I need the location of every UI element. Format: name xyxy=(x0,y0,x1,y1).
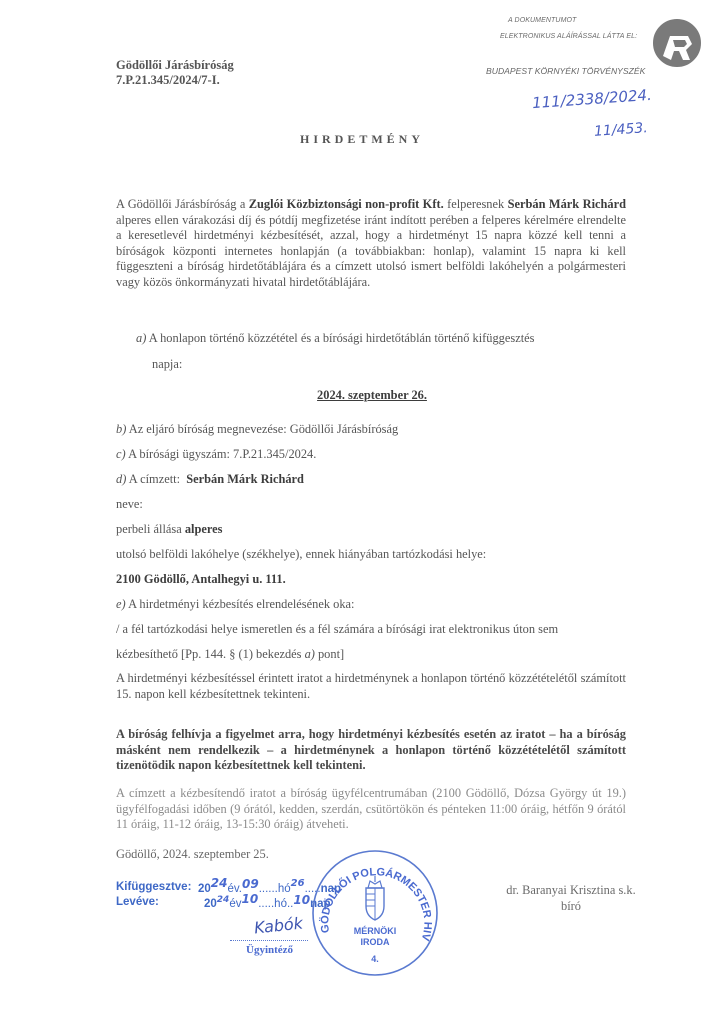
posted-year: 24 xyxy=(211,876,228,890)
removed-month: 10 xyxy=(241,892,258,906)
recipient-neve: neve: xyxy=(116,497,143,512)
delivery-note: A hirdetményi kézbesítéssel érintett ira… xyxy=(116,671,626,702)
coat-of-arms-icon xyxy=(366,876,384,920)
intro-text: felperesnek xyxy=(444,197,508,211)
clerk-signature: Kabók xyxy=(253,913,304,937)
year-prefix: 20 xyxy=(198,883,211,895)
recipient-label: A címzett: xyxy=(129,472,180,486)
item-letter: d) xyxy=(116,472,126,486)
defendant-name: Serbán Márk Richárd xyxy=(508,197,626,211)
item-letter: b) xyxy=(116,422,126,436)
svg-text:IRODA: IRODA xyxy=(361,937,391,947)
status-label: perbeli állása xyxy=(116,522,185,536)
svg-text:4.: 4. xyxy=(371,954,379,964)
item-a-text: A honlapon történő közzététel és a bírós… xyxy=(149,331,535,345)
warning-paragraph: A bíróság felhívja a figyelmet arra, hog… xyxy=(116,727,626,774)
reason-point: a) xyxy=(305,647,315,661)
pickup-note: A címzett a kézbesítendő iratot a bírósá… xyxy=(116,786,626,833)
reason-text: pont] xyxy=(315,647,344,661)
intro-text: A Gödöllői Járásbíróság a xyxy=(116,197,249,211)
esign-line2: ELEKTRONIKUS ALÁÍRÁSSAL LÁTTA EL: xyxy=(500,33,637,40)
judge-title: bíró xyxy=(496,898,646,914)
address-label: utolsó belföldi lakóhelye (székhelye), e… xyxy=(116,547,486,562)
judge-name: dr. Baranyai Krisztina s.k. xyxy=(496,882,646,898)
handwritten-ref-1: 111/2338/2024. xyxy=(532,86,653,112)
stamp-ring-icon: GÖDÖLLŐI POLGÁRMESTER HIVATAL MÉRNÖKI IR… xyxy=(308,846,442,980)
document-title: HIRDETMÉNY xyxy=(0,132,724,147)
item-a-napja: napja: xyxy=(152,357,182,372)
court-name: Gödöllői Járásbíróság xyxy=(116,58,234,73)
ev-label: év xyxy=(229,898,241,910)
intro-paragraph: A Gödöllői Járásbíróság a Zuglói Közbizt… xyxy=(116,197,626,291)
reason-line1: / a fél tartózkodási helye ismeretlen és… xyxy=(116,622,626,638)
ho-label: hó xyxy=(278,883,291,895)
reason-line2: kézbesíthető [Pp. 144. § (1) bekezdés a)… xyxy=(116,647,344,662)
ev-label: év xyxy=(228,883,239,895)
item-c: c) A bírósági ügyszám: 7.P.21.345/2024. xyxy=(116,447,316,462)
reason-text: kézbesíthető [Pp. 144. § (1) bekezdés xyxy=(116,647,305,661)
item-d: d) A címzett: Serbán Márk Richárd xyxy=(116,472,304,487)
item-e-text: A hirdetményi kézbesítés elrendelésének … xyxy=(128,597,354,611)
recipient-name: Serbán Márk Richárd xyxy=(186,472,304,486)
item-b-text: Az eljáró bíróság megnevezése: Gödöllői … xyxy=(129,422,398,436)
removed-label: Levéve: xyxy=(116,896,159,908)
svg-text:MÉRNÖKI: MÉRNÖKI xyxy=(354,926,397,936)
ho-label: hó xyxy=(274,898,287,910)
item-c-text: A bírósági ügyszám: 7.P.21.345/2024. xyxy=(128,447,316,461)
court-logo-icon xyxy=(650,16,704,70)
year-prefix: 20 xyxy=(204,898,217,910)
item-b: b) Az eljáró bíróság megnevezése: Gödöll… xyxy=(116,422,398,437)
place-date: Gödöllő, 2024. szeptember 25. xyxy=(116,847,269,862)
esign-line1: A DOKUMENTUMOT xyxy=(508,17,576,24)
status-value: alperes xyxy=(185,522,223,536)
removed-year: 24 xyxy=(217,895,230,905)
judge-signature: dr. Baranyai Krisztina s.k. bíró xyxy=(496,882,646,914)
municipal-stamp: GÖDÖLLŐI POLGÁRMESTER HIVATAL MÉRNÖKI IR… xyxy=(308,846,442,980)
clerk-label: Ügyintéző xyxy=(246,944,293,956)
esign-court: BUDAPEST KÖRNYÉKI TÖRVÉNYSZÉK xyxy=(486,66,645,76)
posted-day: 26 xyxy=(291,878,305,889)
item-letter: e) xyxy=(116,597,126,611)
posted-label: Kifüggesztve: xyxy=(116,881,191,893)
plaintiff-name: Zuglói Közbiztonsági non-profit Kft. xyxy=(249,197,444,211)
item-e: e) A hirdetményi kézbesítés elrendelésén… xyxy=(116,597,354,612)
publication-date: 2024. szeptember 26. xyxy=(10,388,724,403)
item-a: a) A honlapon történő közzététel és a bí… xyxy=(136,331,626,347)
case-number: 7.P.21.345/2024/7-I. xyxy=(116,73,234,88)
posted-month: 09 xyxy=(242,877,259,891)
signature-line xyxy=(230,940,308,941)
item-letter: c) xyxy=(116,447,126,461)
recipient-status: perbeli állása alperes xyxy=(116,522,222,537)
recipient-address: 2100 Gödöllő, Antalhegyi u. 111. xyxy=(116,572,286,587)
item-letter: a) xyxy=(136,331,146,345)
intro-text: alperes ellen várakozási díj és pótdíj m… xyxy=(116,213,626,289)
document-header: Gödöllői Járásbíróság 7.P.21.345/2024/7-… xyxy=(116,58,234,88)
